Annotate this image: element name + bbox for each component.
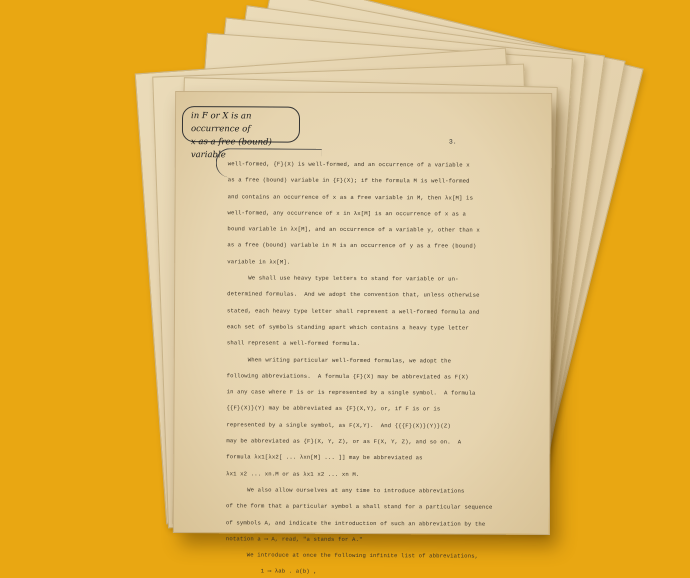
text-line: and contains an occurrence of x as a fre… [228,189,518,207]
text-line: as a free (bound) variable in M is an oc… [227,238,517,256]
text-line: 1 ⟶ λab . a(b) , [226,564,516,578]
text-line: as a free (bound) variable in {F}(X); if… [228,173,518,191]
text-line: notation a ⟶ A, read, "a stands for A." [226,531,516,549]
text-line: variable in λx[M]. [227,254,517,272]
text-line: We shall use heavy type letters to stand… [227,270,517,288]
text-line: {{F}(X)}(Y) may be abbreviated as {F}(X,… [226,401,516,419]
text-line: well-formed, any occurrence of x in λx[M… [227,205,517,223]
text-line: formula λx1[λx2[ ... λxn[M] ... ]] may b… [226,450,516,468]
text-line: well-formed, {F}(X) is well-formed, and … [228,156,518,174]
text-line: following abbreviations. A formula {F}(X… [227,368,517,386]
text-line: determined formulas. And we adopt the co… [227,287,517,305]
text-line: of symbols A, and indicate the introduct… [226,515,516,533]
text-line: represented by a single symbol, as F(X,Y… [226,417,516,435]
text-line: of the form that a particular symbol a s… [226,499,516,517]
page-number: 3. [449,138,457,145]
text-line: We introduce at once the following infin… [226,547,516,565]
handwritten-margin-note: in F or X is an occurrence of x as a fre… [182,106,300,143]
typed-body-text: well-formed, {F}(X) is well-formed, and … [226,156,518,578]
text-line: in any case where F is or is represented… [227,384,517,402]
note-line: in F or X is an occurrence of [191,110,299,137]
text-line: may be abbreviated as {F}(X, Y, Z), or a… [226,433,516,451]
paper-stack: in F or X is an occurrence of x as a fre… [0,0,690,578]
text-line: bound variable in λx[M], and an occurren… [227,221,517,239]
text-line: each set of symbols standing apart which… [227,319,517,337]
text-line: We also allow ourselves at any time to i… [226,482,516,500]
front-page: in F or X is an occurrence of x as a fre… [173,91,552,535]
text-line: stated, each heavy type letter shall rep… [227,303,517,321]
text-line: λx1 x2 ... xn.M or as λx1 x2 ... xn M. [226,466,516,484]
text-line: shall represent a well-formed formula. [227,336,517,354]
text-line: When writing particular well-formed form… [227,352,517,370]
